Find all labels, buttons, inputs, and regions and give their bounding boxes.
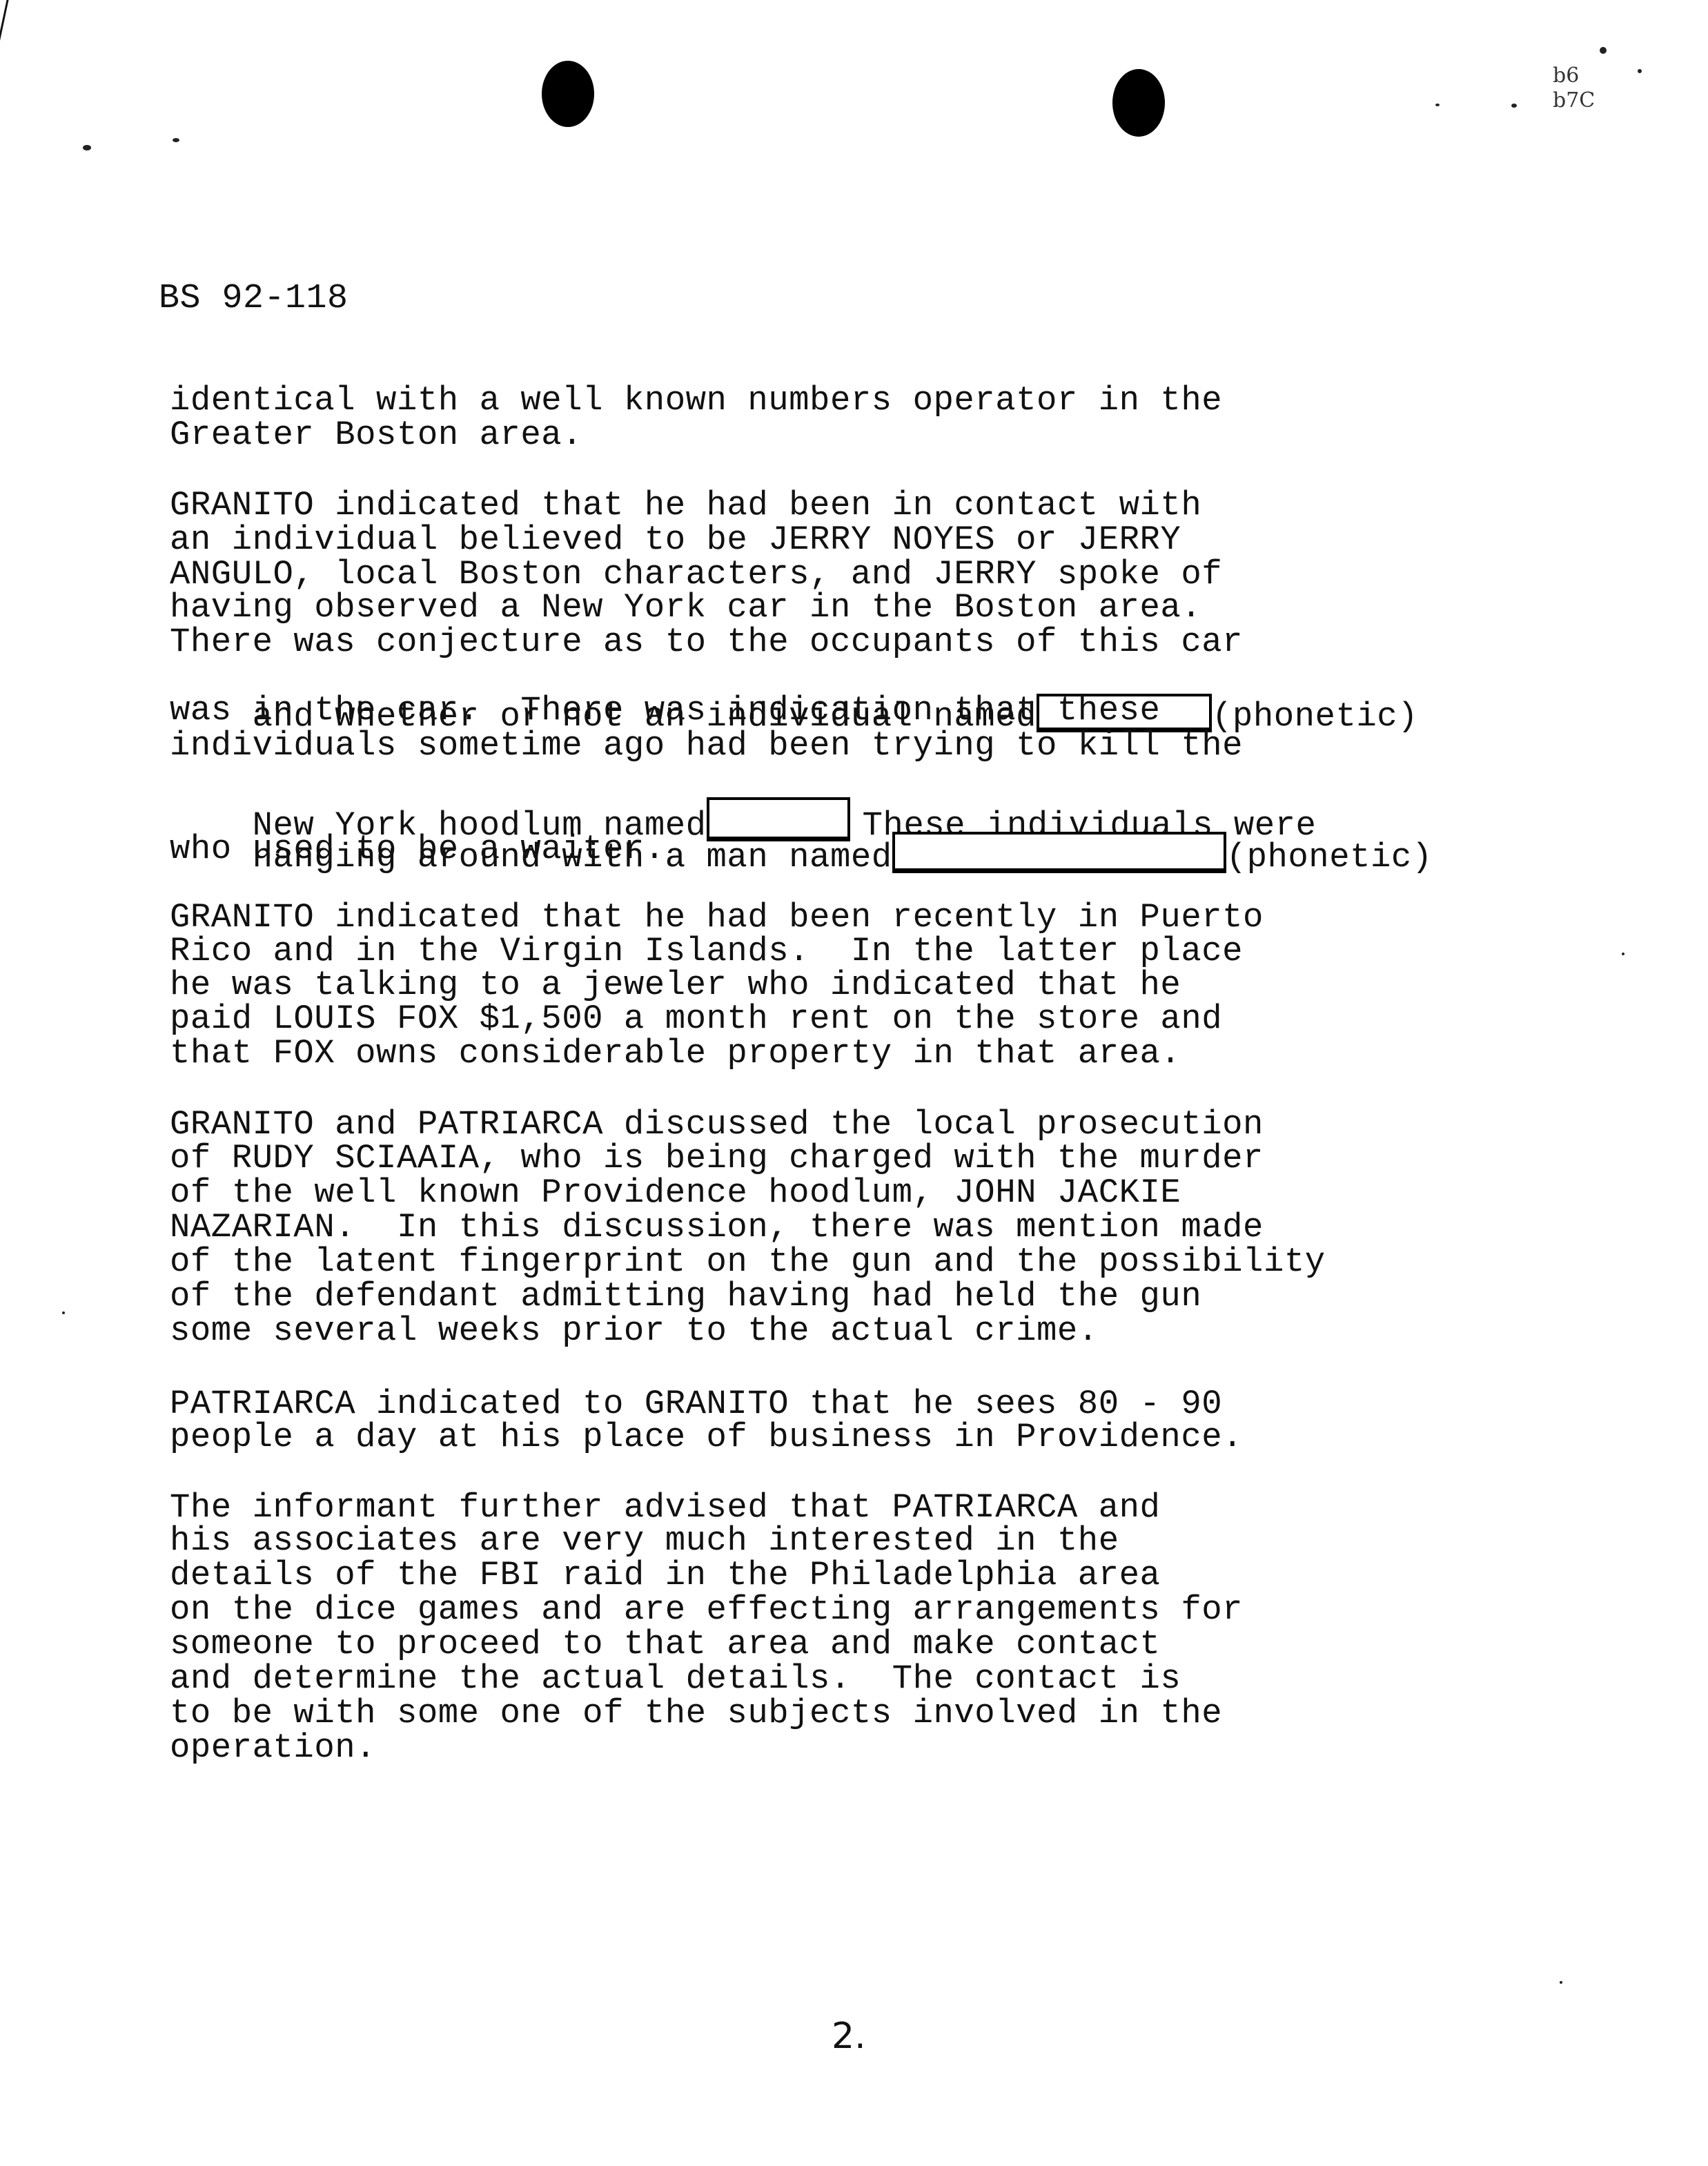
text-fragment: (phonetic) xyxy=(1226,838,1433,877)
text-line: GRANITO indicated that he had been in co… xyxy=(170,489,1201,523)
text-line: people a day at his place of business in… xyxy=(170,1421,1243,1454)
text-line: NAZARIAN. In this discussion, there was … xyxy=(170,1211,1264,1245)
file-number: BS 92-118 xyxy=(159,282,349,316)
text-line: someone to proceed to that area and make… xyxy=(170,1628,1160,1661)
text-line: GRANITO and PATRIARCA discussed the loca… xyxy=(170,1108,1264,1142)
text-line: his associates are very much interested … xyxy=(170,1524,1119,1558)
text-line: on the dice games and are effecting arra… xyxy=(170,1593,1243,1627)
text-line: GRANITO indicated that he had been recen… xyxy=(170,901,1264,935)
exemption-code: b6 xyxy=(1553,64,1595,88)
punch-hole-left xyxy=(542,61,594,127)
text-line: individuals sometime ago had been trying… xyxy=(170,729,1243,763)
scan-speck xyxy=(1511,104,1517,108)
text-line: operation. xyxy=(170,1731,376,1765)
scan-speck xyxy=(1600,47,1607,54)
scan-speck xyxy=(1638,69,1642,73)
text-line: Greater Boston area. xyxy=(170,418,582,452)
scan-speck xyxy=(83,145,91,150)
text-line: PATRIARCA indicated to GRANITO that he s… xyxy=(170,1387,1222,1421)
scan-speck xyxy=(1622,953,1624,955)
scan-speck xyxy=(62,1311,65,1314)
punch-hole-right xyxy=(1112,69,1165,137)
text-line: paid LOUIS FOX $1,500 a month rent on th… xyxy=(170,1002,1222,1036)
text-line: to be with some one of the subjects invo… xyxy=(170,1697,1222,1730)
scan-speck xyxy=(1560,1981,1562,1984)
scan-speck xyxy=(1435,104,1440,106)
redaction-box xyxy=(892,832,1226,873)
text-line: he was talking to a jeweler who indicate… xyxy=(170,968,1181,1002)
text-line: of the latent fingerprint on the gun and… xyxy=(170,1245,1326,1279)
text-line: The informant further advised that PATRI… xyxy=(170,1491,1160,1525)
document-page: b6 b7C BS 92-118 identical with a well k… xyxy=(0,0,1708,2166)
foia-exemption-codes: b6 b7C xyxy=(1553,64,1595,113)
text-line: of the defendant admitting having had he… xyxy=(170,1280,1201,1314)
scan-speck xyxy=(173,138,179,142)
text-line: that FOX owns considerable property in t… xyxy=(170,1037,1181,1071)
text-line: some several weeks prior to the actual c… xyxy=(170,1314,1099,1348)
text-line: an individual believed to be JERRY NOYES… xyxy=(170,523,1181,557)
text-line: Rico and in the Virgin Islands. In the l… xyxy=(170,935,1243,968)
text-line: of RUDY SCIAAIA, who is being charged wi… xyxy=(170,1142,1264,1175)
text-line: who used to be a waiter. xyxy=(170,832,665,866)
text-line: and determine the actual details. The co… xyxy=(170,1662,1181,1696)
text-line: identical with a well known numbers oper… xyxy=(170,384,1222,418)
page-number: 2. xyxy=(832,2016,866,2057)
exemption-code: b7C xyxy=(1553,88,1595,113)
text-line: ANGULO, local Boston characters, and JER… xyxy=(170,558,1222,592)
text-line: having observed a New York car in the Bo… xyxy=(170,591,1201,625)
text-line: was in the car. There was indication tha… xyxy=(170,694,1160,728)
scan-edge-mark xyxy=(0,0,19,62)
text-line: There was conjecture as to the occupants… xyxy=(170,625,1243,659)
text-line: details of the FBI raid in the Philadelp… xyxy=(170,1559,1160,1592)
text-line: of the well known Providence hoodlum, JO… xyxy=(170,1176,1181,1210)
